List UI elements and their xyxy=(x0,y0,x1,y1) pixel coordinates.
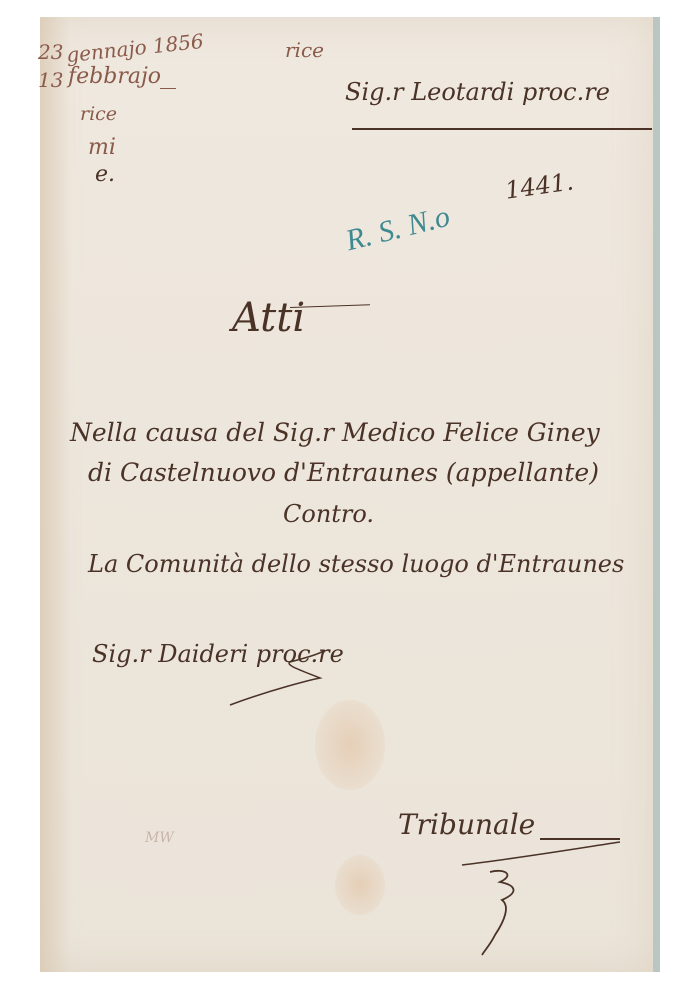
margin-date2-day: 13 xyxy=(38,68,63,92)
faint-mark: MW xyxy=(145,830,174,846)
attorney-header: Sig.r Leotardi proc.re xyxy=(345,78,610,106)
paper-edge xyxy=(653,17,660,972)
court-flourish xyxy=(460,840,630,960)
defendant-line: La Comunità dello stesso luogo d'Entraun… xyxy=(88,550,624,578)
margin-date2-text: febbrajo xyxy=(68,64,161,89)
court-label: Tribunale xyxy=(398,808,535,841)
margin-dash xyxy=(160,88,176,89)
margin-note-e: e. xyxy=(95,162,115,187)
document-title: Atti xyxy=(232,295,305,341)
header-underline xyxy=(352,128,652,130)
signature-flourish xyxy=(230,650,330,710)
top-note: rice xyxy=(285,38,324,62)
case-line-1: Nella causa del Sig.r Medico Felice Gine… xyxy=(70,418,600,447)
margin-date-day: 23 xyxy=(38,40,63,64)
document-page xyxy=(40,17,653,972)
margin-note-rice: rice xyxy=(80,103,117,125)
margin-note-mi: mi xyxy=(88,135,116,160)
water-stain xyxy=(315,700,385,790)
versus-label: Contro. xyxy=(283,500,374,528)
water-stain xyxy=(335,855,385,915)
case-line-2: di Castelnuovo d'Entraunes (appellante) xyxy=(88,458,599,487)
binding-edge xyxy=(40,17,70,972)
